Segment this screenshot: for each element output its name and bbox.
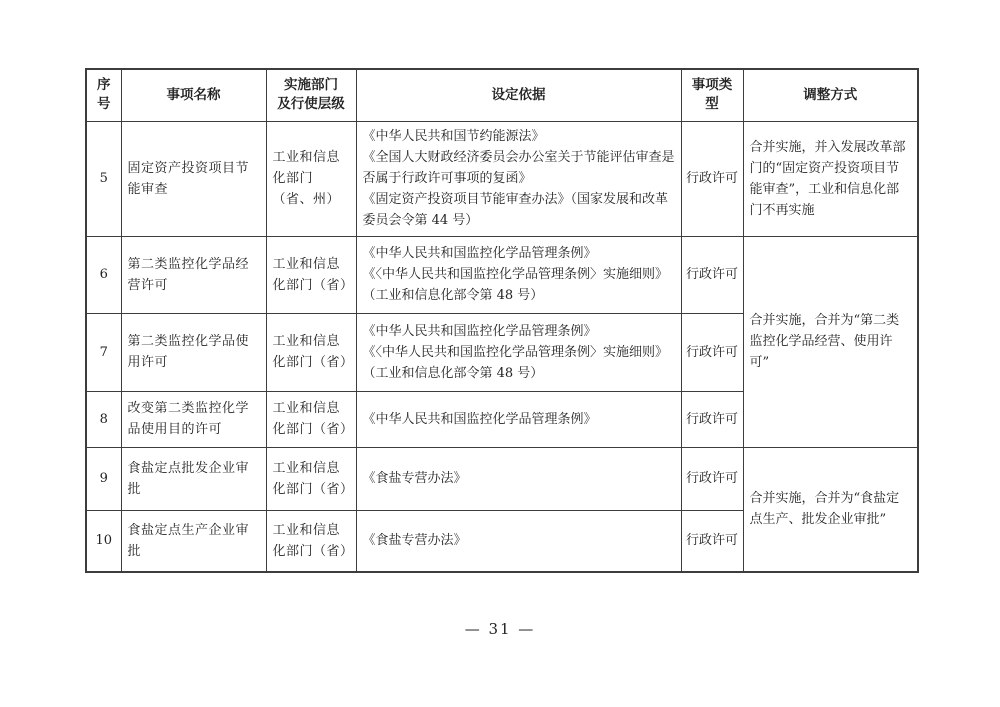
table-row-5: 5 固定资产投资项目节能审查 工业和信息化部门（省、州） 《中华人民共和国节约能… bbox=[86, 121, 918, 236]
licensing-items-table: 序 号 事项名称 实施部门 及行使层级 设定依据 事项类型 调整方式 5 固定资… bbox=[85, 68, 919, 573]
basis-line: 《〈中华人民共和国监控化学品管理条例〉实施细则》（工业和信息化部令第 48 号） bbox=[363, 264, 675, 306]
row9-basis: 《食盐专营办法》 bbox=[356, 447, 681, 510]
basis-line: 《全国人大财政经济委员会办公室关于节能评估审查是否属于行政许可事项的复函》 bbox=[363, 147, 675, 189]
row10-type: 行政许可 bbox=[681, 510, 743, 572]
basis-line: 《中华人民共和国监控化学品管理条例》 bbox=[363, 243, 675, 264]
basis-line: 《食盐专营办法》 bbox=[363, 468, 675, 489]
basis-line: 《食盐专营办法》 bbox=[363, 530, 675, 551]
row10-item-name: 食盐定点生产企业审批 bbox=[121, 510, 266, 572]
row6-item-name: 第二类监控化学品经营许可 bbox=[121, 236, 266, 313]
col-header-type: 事项类型 bbox=[681, 69, 743, 121]
col-header-adjustment: 调整方式 bbox=[743, 69, 918, 121]
rows6-8-adjustment-merged: 合并实施，合并为“第二类监控化学品经营、使用许可” bbox=[743, 236, 918, 447]
row6-seq: 6 bbox=[86, 236, 121, 313]
row7-seq: 7 bbox=[86, 313, 121, 391]
page-number: — 31 — bbox=[0, 620, 1000, 638]
col-header-dept: 实施部门 及行使层级 bbox=[266, 69, 356, 121]
row9-seq: 9 bbox=[86, 447, 121, 510]
row7-basis: 《中华人民共和国监控化学品管理条例》 《〈中华人民共和国监控化学品管理条例〉实施… bbox=[356, 313, 681, 391]
basis-line: 《中华人民共和国节约能源法》 bbox=[363, 126, 675, 147]
col-header-basis: 设定依据 bbox=[356, 69, 681, 121]
row7-dept: 工业和信息化部门（省） bbox=[266, 313, 356, 391]
basis-line: 《中华人民共和国监控化学品管理条例》 bbox=[363, 409, 675, 430]
document-page: 序 号 事项名称 实施部门 及行使层级 设定依据 事项类型 调整方式 5 固定资… bbox=[0, 0, 1000, 707]
row5-seq: 5 bbox=[86, 121, 121, 236]
row10-seq: 10 bbox=[86, 510, 121, 572]
row5-type: 行政许可 bbox=[681, 121, 743, 236]
row5-dept: 工业和信息化部门（省、州） bbox=[266, 121, 356, 236]
col-header-seq: 序 号 bbox=[86, 69, 121, 121]
row10-basis: 《食盐专营办法》 bbox=[356, 510, 681, 572]
row9-type: 行政许可 bbox=[681, 447, 743, 510]
row7-item-name: 第二类监控化学品使用许可 bbox=[121, 313, 266, 391]
row5-basis: 《中华人民共和国节约能源法》 《全国人大财政经济委员会办公室关于节能评估审查是否… bbox=[356, 121, 681, 236]
table-row-9: 9 食盐定点批发企业审批 工业和信息化部门（省） 《食盐专营办法》 行政许可 合… bbox=[86, 447, 918, 510]
basis-line: 《中华人民共和国监控化学品管理条例》 bbox=[363, 321, 675, 342]
row8-seq: 8 bbox=[86, 391, 121, 447]
table-row-6: 6 第二类监控化学品经营许可 工业和信息化部门（省） 《中华人民共和国监控化学品… bbox=[86, 236, 918, 313]
row9-item-name: 食盐定点批发企业审批 bbox=[121, 447, 266, 510]
row9-dept: 工业和信息化部门（省） bbox=[266, 447, 356, 510]
row7-type: 行政许可 bbox=[681, 313, 743, 391]
table-header-row: 序 号 事项名称 实施部门 及行使层级 设定依据 事项类型 调整方式 bbox=[86, 69, 918, 121]
row10-dept: 工业和信息化部门（省） bbox=[266, 510, 356, 572]
basis-line: 《〈中华人民共和国监控化学品管理条例〉实施细则》（工业和信息化部令第 48 号） bbox=[363, 342, 675, 384]
row6-basis: 《中华人民共和国监控化学品管理条例》 《〈中华人民共和国监控化学品管理条例〉实施… bbox=[356, 236, 681, 313]
col-header-item-name: 事项名称 bbox=[121, 69, 266, 121]
row5-item-name: 固定资产投资项目节能审查 bbox=[121, 121, 266, 236]
row5-adjustment: 合并实施，并入发展改革部门的“固定资产投资项目节能审查”，工业和信息化部门不再实… bbox=[743, 121, 918, 236]
rows9-10-adjustment-merged: 合并实施，合并为“食盐定点生产、批发企业审批” bbox=[743, 447, 918, 572]
row8-basis: 《中华人民共和国监控化学品管理条例》 bbox=[356, 391, 681, 447]
row6-type: 行政许可 bbox=[681, 236, 743, 313]
row8-dept: 工业和信息化部门（省） bbox=[266, 391, 356, 447]
row8-type: 行政许可 bbox=[681, 391, 743, 447]
row6-dept: 工业和信息化部门（省） bbox=[266, 236, 356, 313]
basis-line: 《固定资产投资项目节能审查办法》（国家发展和改革委员会令第 44 号） bbox=[363, 189, 675, 231]
row8-item-name: 改变第二类监控化学品使用目的许可 bbox=[121, 391, 266, 447]
